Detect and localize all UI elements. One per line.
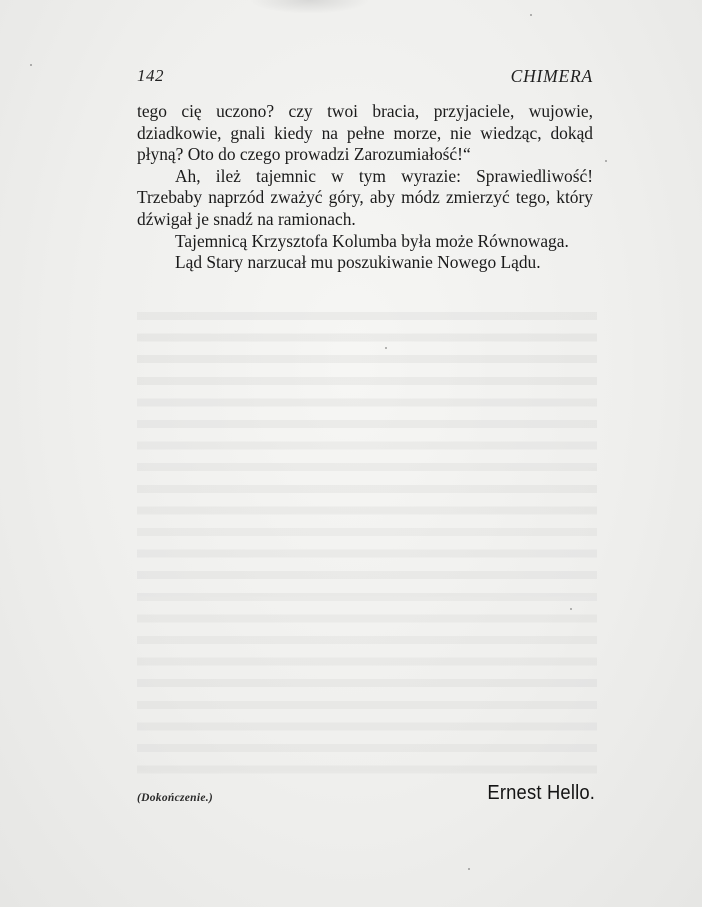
paper-speck bbox=[30, 64, 32, 66]
paper-speck bbox=[530, 14, 532, 16]
body-text: tego cię uczono? czy twoi bracia, przyja… bbox=[137, 101, 593, 274]
running-title: CHIMERA bbox=[511, 66, 593, 87]
running-head: 142 CHIMERA bbox=[137, 66, 593, 88]
paper-speck bbox=[468, 868, 470, 870]
show-through-text bbox=[137, 306, 597, 776]
paragraph-1: tego cię uczono? czy twoi bracia, przyja… bbox=[137, 101, 593, 166]
paper-speck bbox=[385, 347, 387, 349]
paper-speck bbox=[605, 160, 607, 162]
continuation-note: (Dokończenie.) bbox=[137, 792, 213, 804]
author-signature: Ernest Hello. bbox=[487, 782, 595, 805]
page-number: 142 bbox=[137, 66, 164, 86]
book-page: 142 CHIMERA tego cię uczono? czy twoi br… bbox=[0, 0, 702, 907]
page-edge-shadow bbox=[250, 0, 370, 14]
paragraph-3: Tajemnicą Krzysztofa Kolumba była może R… bbox=[137, 231, 593, 253]
paragraph-4: Ląd Stary narzucał mu poszukiwanie Noweg… bbox=[137, 252, 593, 274]
paper-speck bbox=[570, 608, 572, 610]
article-footer: (Dokończenie.) Ernest Hello. bbox=[137, 782, 595, 812]
paragraph-2: Ah, ileż tajemnic w tym wyrazie: Sprawie… bbox=[137, 166, 593, 231]
